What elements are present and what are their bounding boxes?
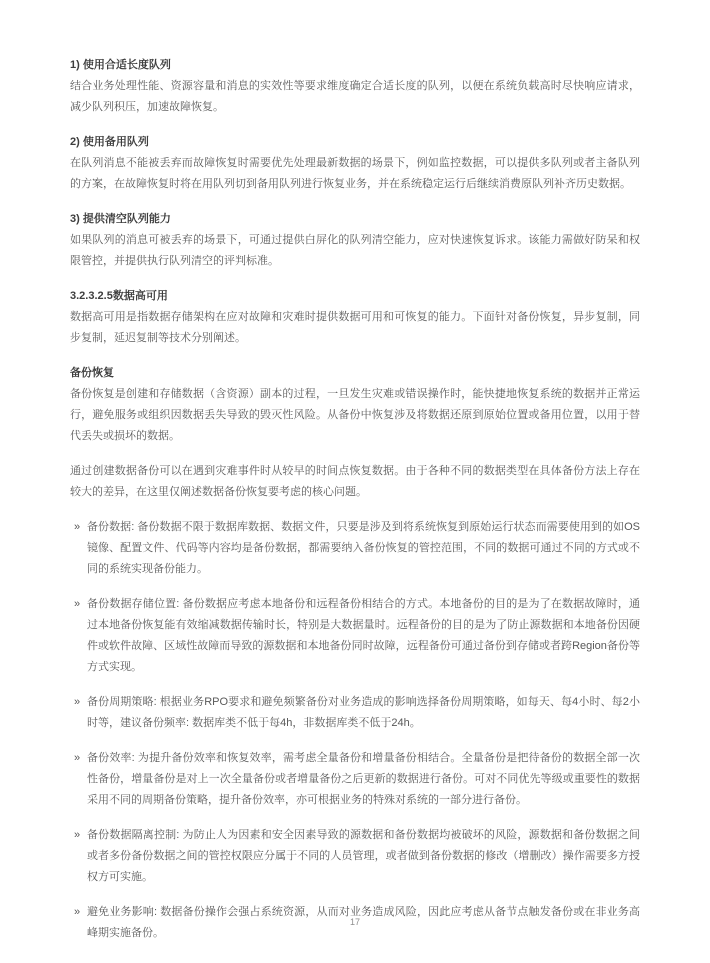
bullet-marker: » (74, 748, 80, 769)
heading-queue-length: 1) 使用合适长度队列 (70, 55, 640, 76)
document-content: 1) 使用合适长度队列 结合业务处理性能、资源容量和消息的实效性等要求维度确定合… (70, 55, 640, 944)
page-number: 17 (0, 917, 710, 928)
heading-backup-queue: 2) 使用备用队列 (70, 132, 640, 153)
para-backup-queue: 在队列消息不能被丢弃而故障恢复时需要优先处理最新数据的场景下，例如监控数据，可以… (70, 153, 640, 195)
list-item-backup-data: » 备份数据: 备份数据不限于数据库数据、数据文件，只要是涉及到将系统恢复到原始… (70, 517, 640, 580)
bullet-marker: » (74, 594, 80, 615)
list-item-backup-efficiency: » 备份效率: 为提升备份效率和恢复效率，需考虑全量备份和增量备份相结合。全量备… (70, 748, 640, 811)
para-queue-length: 结合业务处理性能、资源容量和消息的实效性等要求维度确定合适长度的队列，以便在系统… (70, 76, 640, 118)
list-item-text: 备份数据存储位置: 备份数据应考虑本地备份和远程备份相结合的方式。本地备份的目的… (87, 598, 640, 673)
list-item-text: 备份周期策略: 根据业务RPO要求和避免频繁备份对业务造成的影响选择备份周期策略… (87, 696, 640, 729)
list-item-backup-isolation-control: » 备份数据隔离控制: 为防止人为因素和安全因素导致的源数据和备份数据均被破坏的… (70, 825, 640, 888)
para-clear-queue: 如果队列的消息可被丢弃的场景下，可通过提供白屏化的队列清空能力，应对快速恢复诉求… (70, 230, 640, 272)
bullet-marker: » (74, 517, 80, 538)
list-item-backup-storage-location: » 备份数据存储位置: 备份数据应考虑本地备份和远程备份相结合的方式。本地备份的… (70, 594, 640, 678)
para-backup-recovery-2: 通过创建数据备份可以在遇到灾难事件时从较早的时间点恢复数据。由于各种不同的数据类… (70, 461, 640, 503)
list-item-text: 备份数据隔离控制: 为防止人为因素和安全因素导致的源数据和备份数据均被破坏的风险… (87, 829, 640, 883)
heading-clear-queue: 3) 提供清空队列能力 (70, 209, 640, 230)
list-item-text: 备份效率: 为提升备份效率和恢复效率，需考虑全量备份和增量备份相结合。全量备份是… (87, 752, 640, 806)
para-data-high-availability: 数据高可用是指数据存储架构在应对故障和灾难时提供数据可用和可恢复的能力。下面针对… (70, 307, 640, 349)
list-item-text: 备份数据: 备份数据不限于数据库数据、数据文件，只要是涉及到将系统恢复到原始运行… (87, 521, 640, 575)
document-page: 1) 使用合适长度队列 结合业务处理性能、资源容量和消息的实效性等要求维度确定合… (0, 0, 710, 963)
para-backup-recovery-1: 备份恢复是创建和存储数据（含资源）副本的过程，一旦发生灾难或错误操作时，能快捷地… (70, 384, 640, 447)
list-item-backup-cycle-policy: » 备份周期策略: 根据业务RPO要求和避免频繁备份对业务造成的影响选择备份周期… (70, 692, 640, 734)
heading-data-high-availability: 3.2.3.2.5数据高可用 (70, 286, 640, 307)
heading-backup-recovery: 备份恢复 (70, 363, 640, 384)
bullet-marker: » (74, 692, 80, 713)
bullet-marker: » (74, 825, 80, 846)
bullet-list: » 备份数据: 备份数据不限于数据库数据、数据文件，只要是涉及到将系统恢复到原始… (70, 517, 640, 944)
